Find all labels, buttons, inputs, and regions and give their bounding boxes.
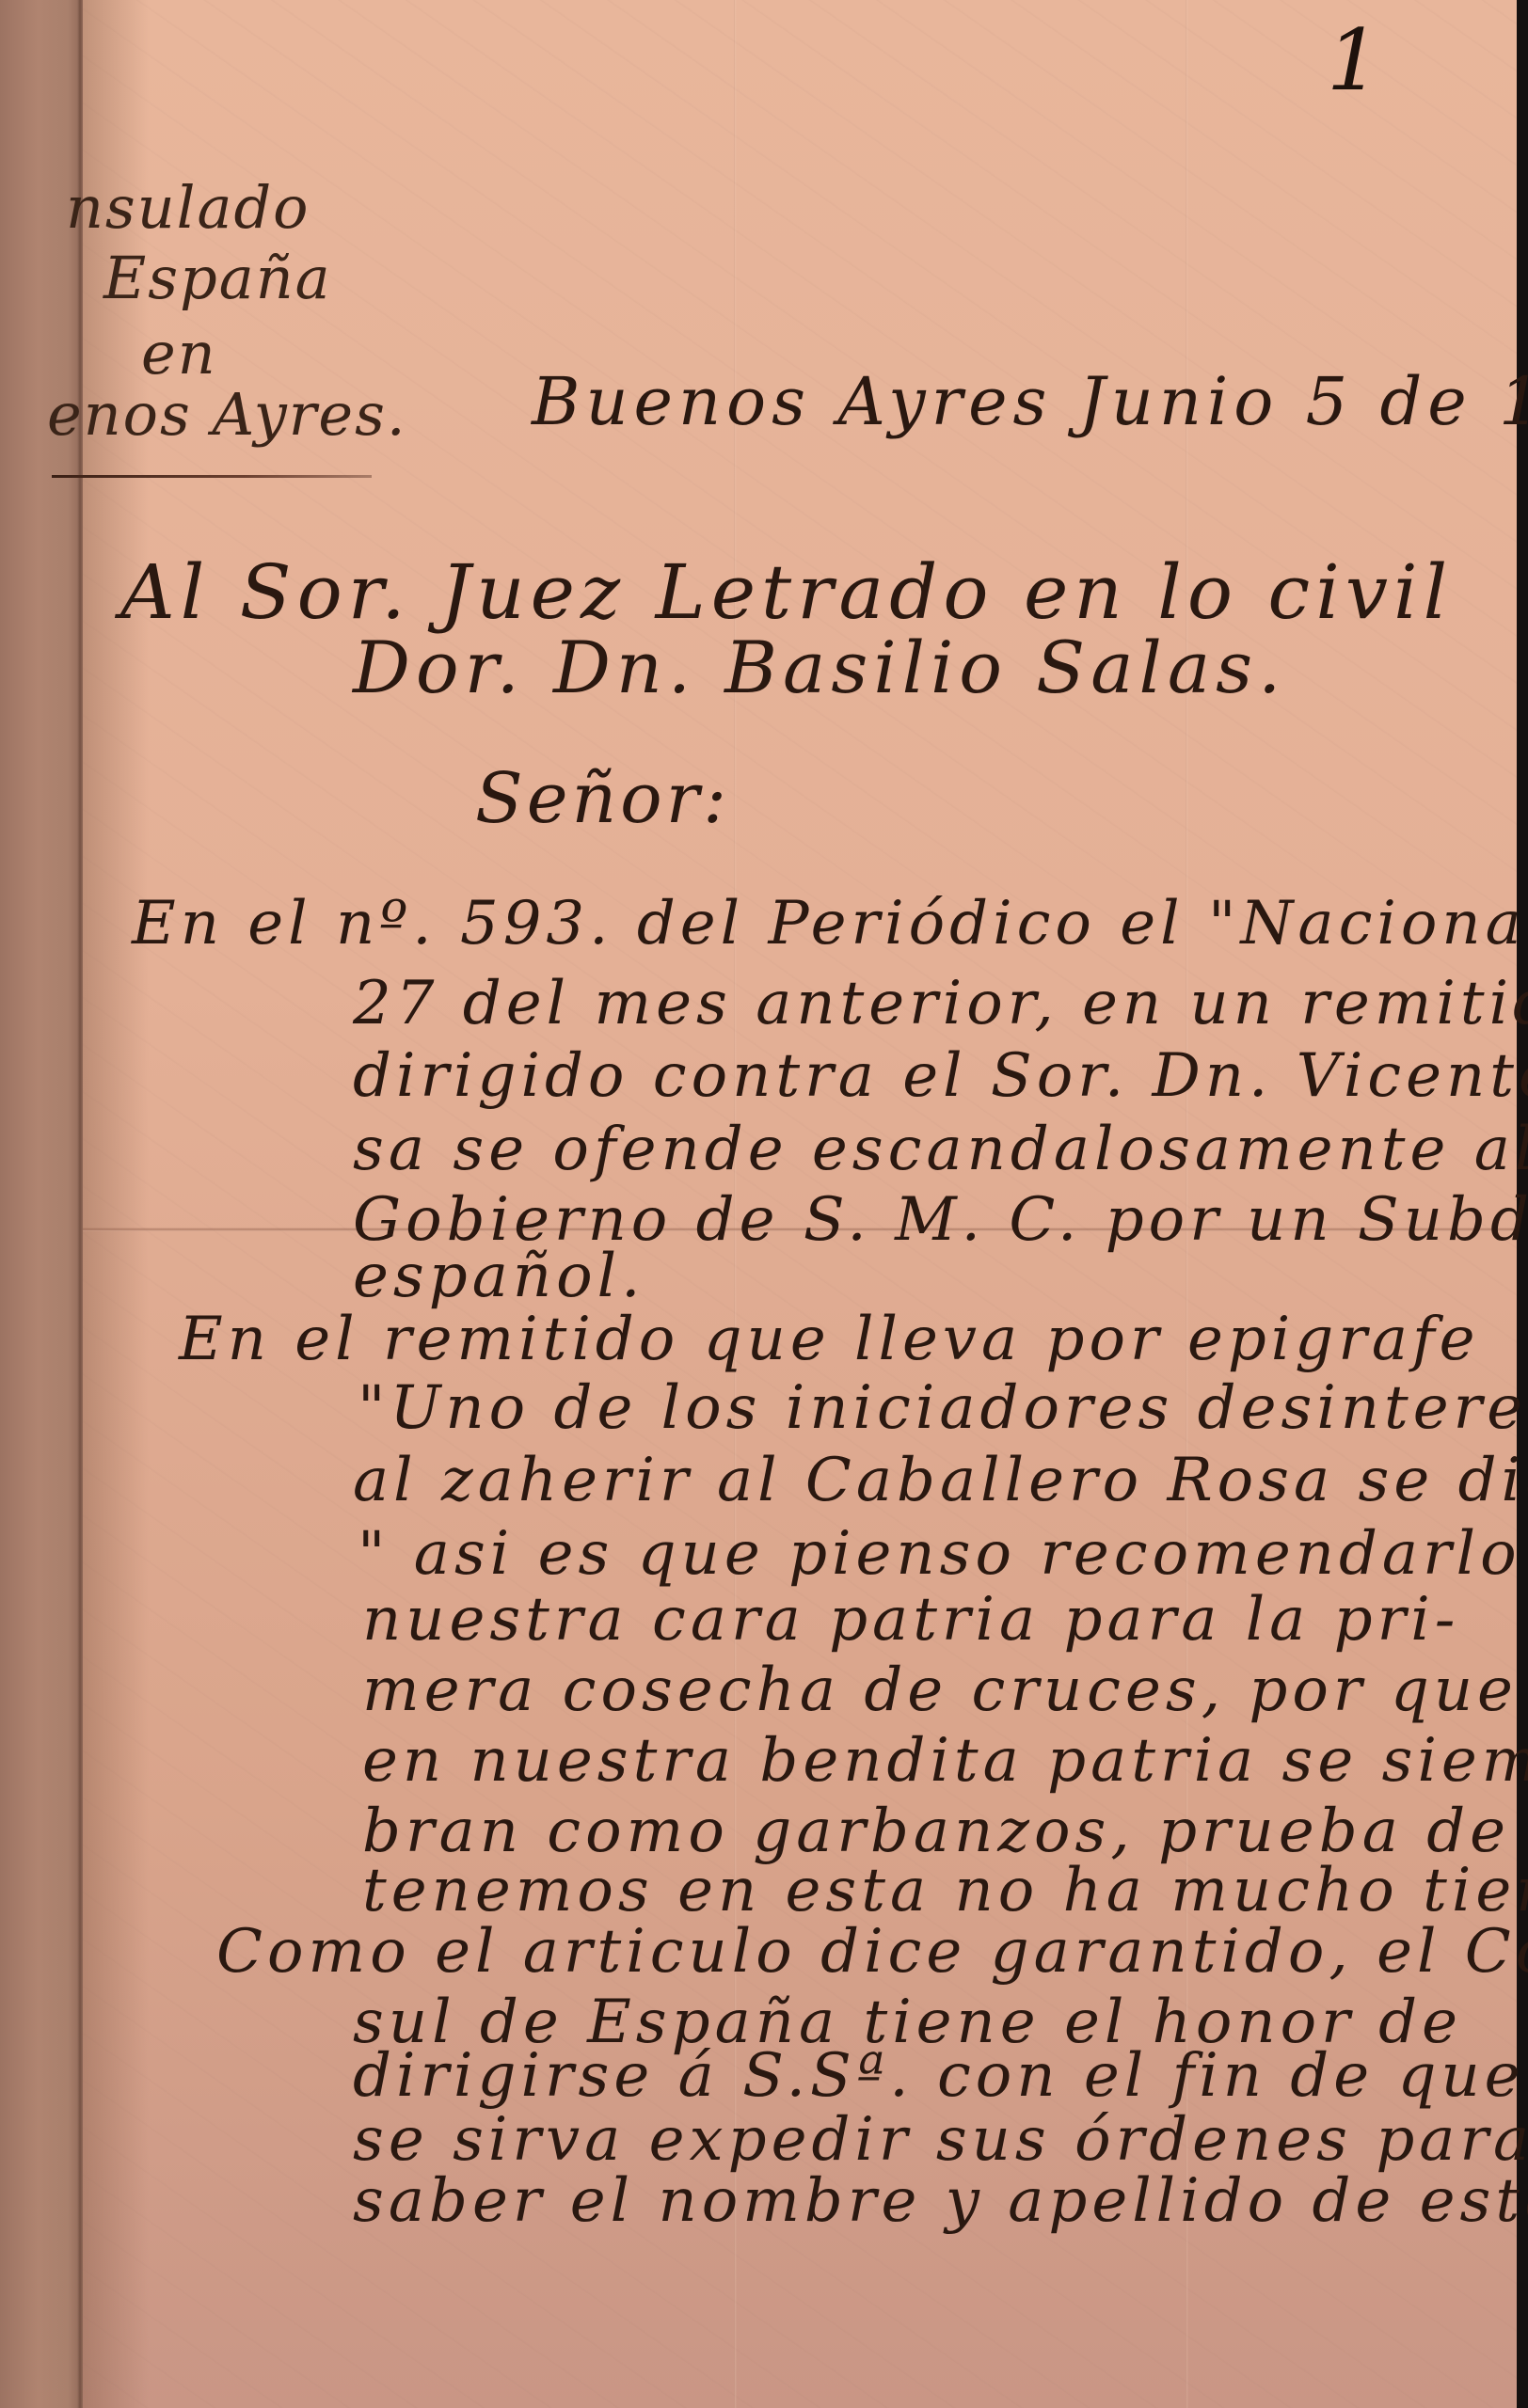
body-line: " asi es que pienso recomendarlo á (358, 1524, 1528, 1584)
body-line: En el remitido que lleva por epigrafe (179, 1309, 1480, 1370)
binding-strip (0, 0, 85, 2408)
letterhead-line: en (141, 325, 217, 383)
letterhead-underline (52, 475, 372, 478)
body-line: se sirva expedir sus órdenes para (353, 2110, 1528, 2170)
body-line: sa se ofende escandalosamente al (353, 1119, 1528, 1180)
body-line: tenemos en esta no ha mucho tiempo". (362, 1861, 1528, 1921)
date-line: Buenos Ayres Junio 5 de 1854. (532, 369, 1528, 435)
page-number: 1 (1327, 19, 1382, 103)
letterhead-line: España (103, 249, 332, 308)
body-line: 27 del mes anterior, en un remitido (353, 974, 1528, 1034)
document-photo: 1 nsulado España en enos Ayres. Buenos A… (0, 0, 1528, 2408)
body-line: en nuestra bendita patria se siem- (362, 1731, 1528, 1791)
salutation: Señor: (475, 764, 730, 833)
body-line: Como el articulo dice garantido, el Con- (216, 1922, 1528, 1982)
body-line: español. (353, 1246, 645, 1307)
body-line: nuestra cara patria para la pri- (362, 1590, 1459, 1650)
body-line: dirigirse á S.Sª. con el fin de que (353, 2046, 1525, 2106)
body-line: En el nº. 593. del Periódico el "Naciona… (132, 894, 1528, 954)
body-line: al zaherir al Caballero Rosa se dice: (353, 1450, 1528, 1511)
letterhead-line: nsulado (66, 179, 310, 237)
body-line: bran como garbanzos, prueba de ello (362, 1801, 1528, 1861)
body-line: dirigido contra el Sor. Dn. Vicente Ro- (353, 1046, 1528, 1106)
body-line: mera cosecha de cruces, por que allá (362, 1660, 1528, 1720)
addressee-name: Dor. Dn. Basilio Salas. (353, 632, 1286, 704)
letterhead-line: enos Ayres. (47, 386, 407, 444)
body-line: saber el nombre y apellido de este (353, 2171, 1528, 2231)
body-line: "Uno de los iniciadores desinteresados", (358, 1378, 1528, 1438)
addressee-title: Al Sor. Juez Letrado en lo civil (120, 555, 1453, 630)
